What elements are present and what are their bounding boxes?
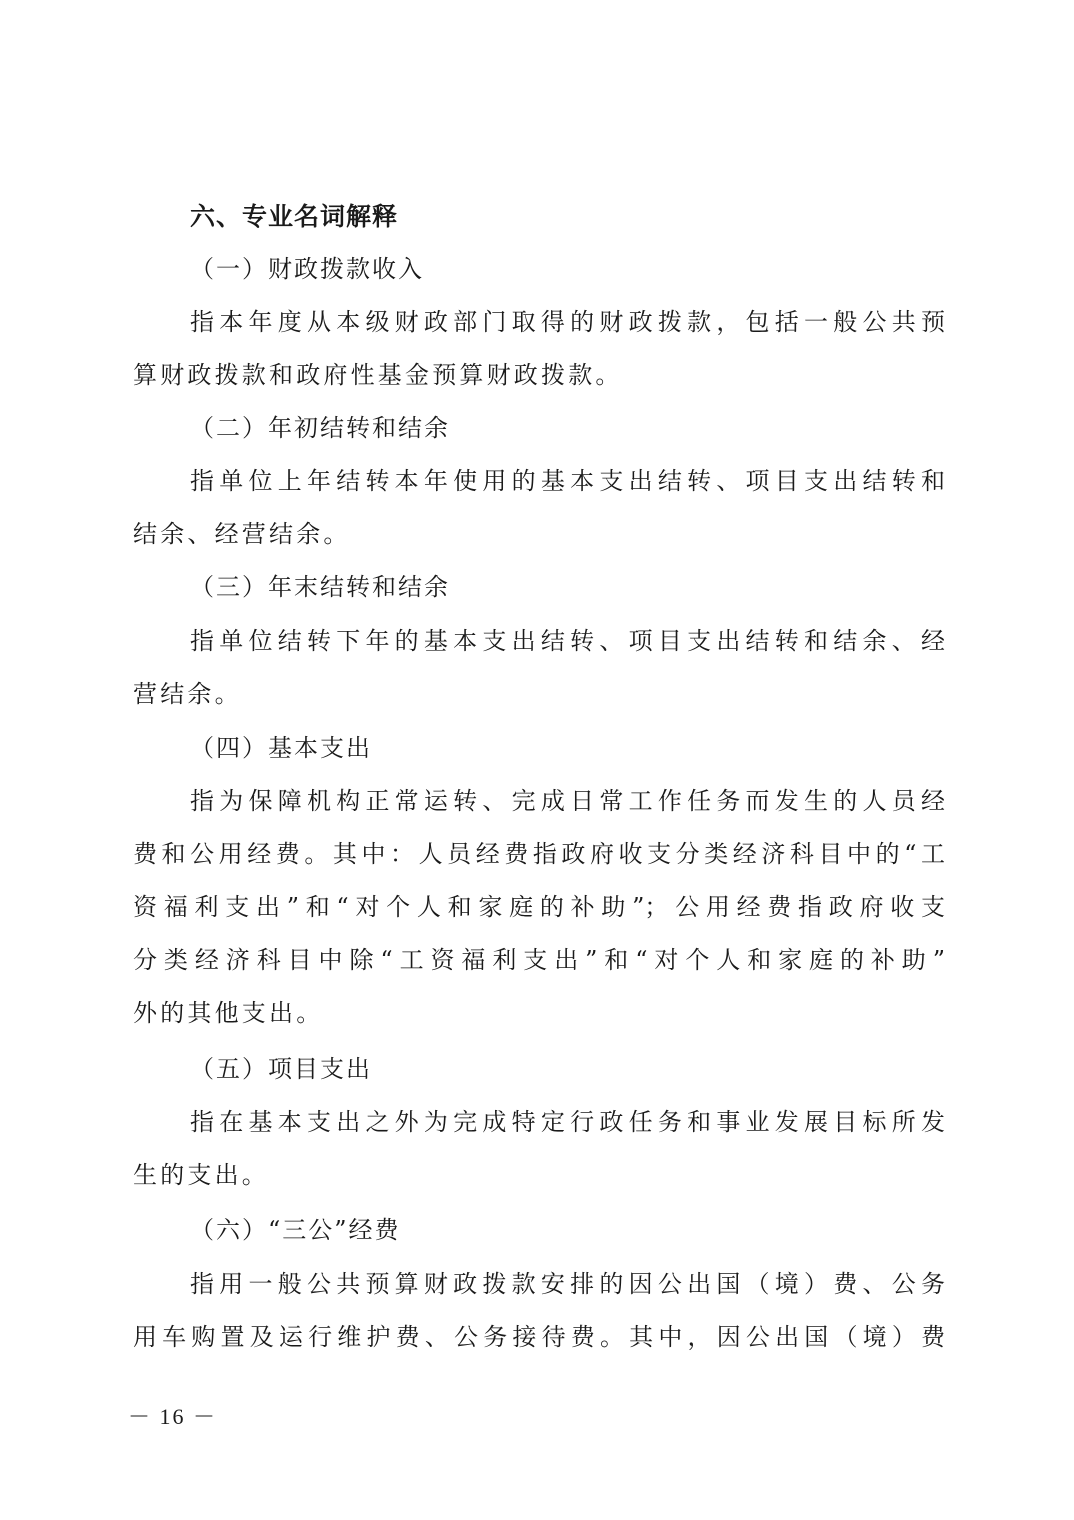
item-heading-4: （四）基本支出 <box>190 722 372 775</box>
paragraph-line: 算财政拨款和政府性基金预算财政拨款。 <box>133 349 623 402</box>
paragraph-line: 指单位上年结转本年使用的基本支出结转、项目支出结转和 <box>190 455 945 508</box>
paragraph-line: 分类经济科目中除“工资福利支出”和“对个人和家庭的补助” <box>133 934 945 987</box>
paragraph-line: 指本年度从本级财政部门取得的财政拨款，包括一般公共预 <box>190 296 945 349</box>
paragraph-line: 费和公用经费。其中：人员经费指政府收支分类经济科目中的“工 <box>133 828 945 881</box>
item-heading-2: （二）年初结转和结余 <box>190 402 450 455</box>
item-heading-6: （六）“三公”经费 <box>190 1204 401 1257</box>
paragraph-line: 指在基本支出之外为完成特定行政任务和事业发展目标所发 <box>190 1096 945 1149</box>
paragraph-line: 用车购置及运行维护费、公务接待费。其中，因公出国（境）费 <box>133 1311 945 1364</box>
item-heading-3: （三）年末结转和结余 <box>190 561 450 614</box>
paragraph-line: 营结余。 <box>133 668 242 721</box>
paragraph-line: 外的其他支出。 <box>133 987 323 1040</box>
paragraph-line: 生的支出。 <box>133 1149 269 1202</box>
paragraph-line: 指用一般公共预算财政拨款安排的因公出国（境）费、公务 <box>190 1258 945 1311</box>
page-number: － 16 － <box>128 1400 217 1431</box>
paragraph-line: 结余、经营结余。 <box>133 508 351 561</box>
document-page: 六、专业名词解释 （一）财政拨款收入 指本年度从本级财政部门取得的财政拨款，包括… <box>0 0 1074 1520</box>
paragraph-line: 指单位结转下年的基本支出结转、项目支出结转和结余、经 <box>190 615 945 668</box>
paragraph-line: 资福利支出”和“对个人和家庭的补助”；公用经费指政府收支 <box>133 881 945 934</box>
paragraph-line: 指为保障机构正常运转、完成日常工作任务而发生的人员经 <box>190 775 945 828</box>
item-heading-1: （一）财政拨款收入 <box>190 243 424 296</box>
item-heading-5: （五）项目支出 <box>190 1043 372 1096</box>
section-title: 六、专业名词解释 <box>190 190 398 243</box>
